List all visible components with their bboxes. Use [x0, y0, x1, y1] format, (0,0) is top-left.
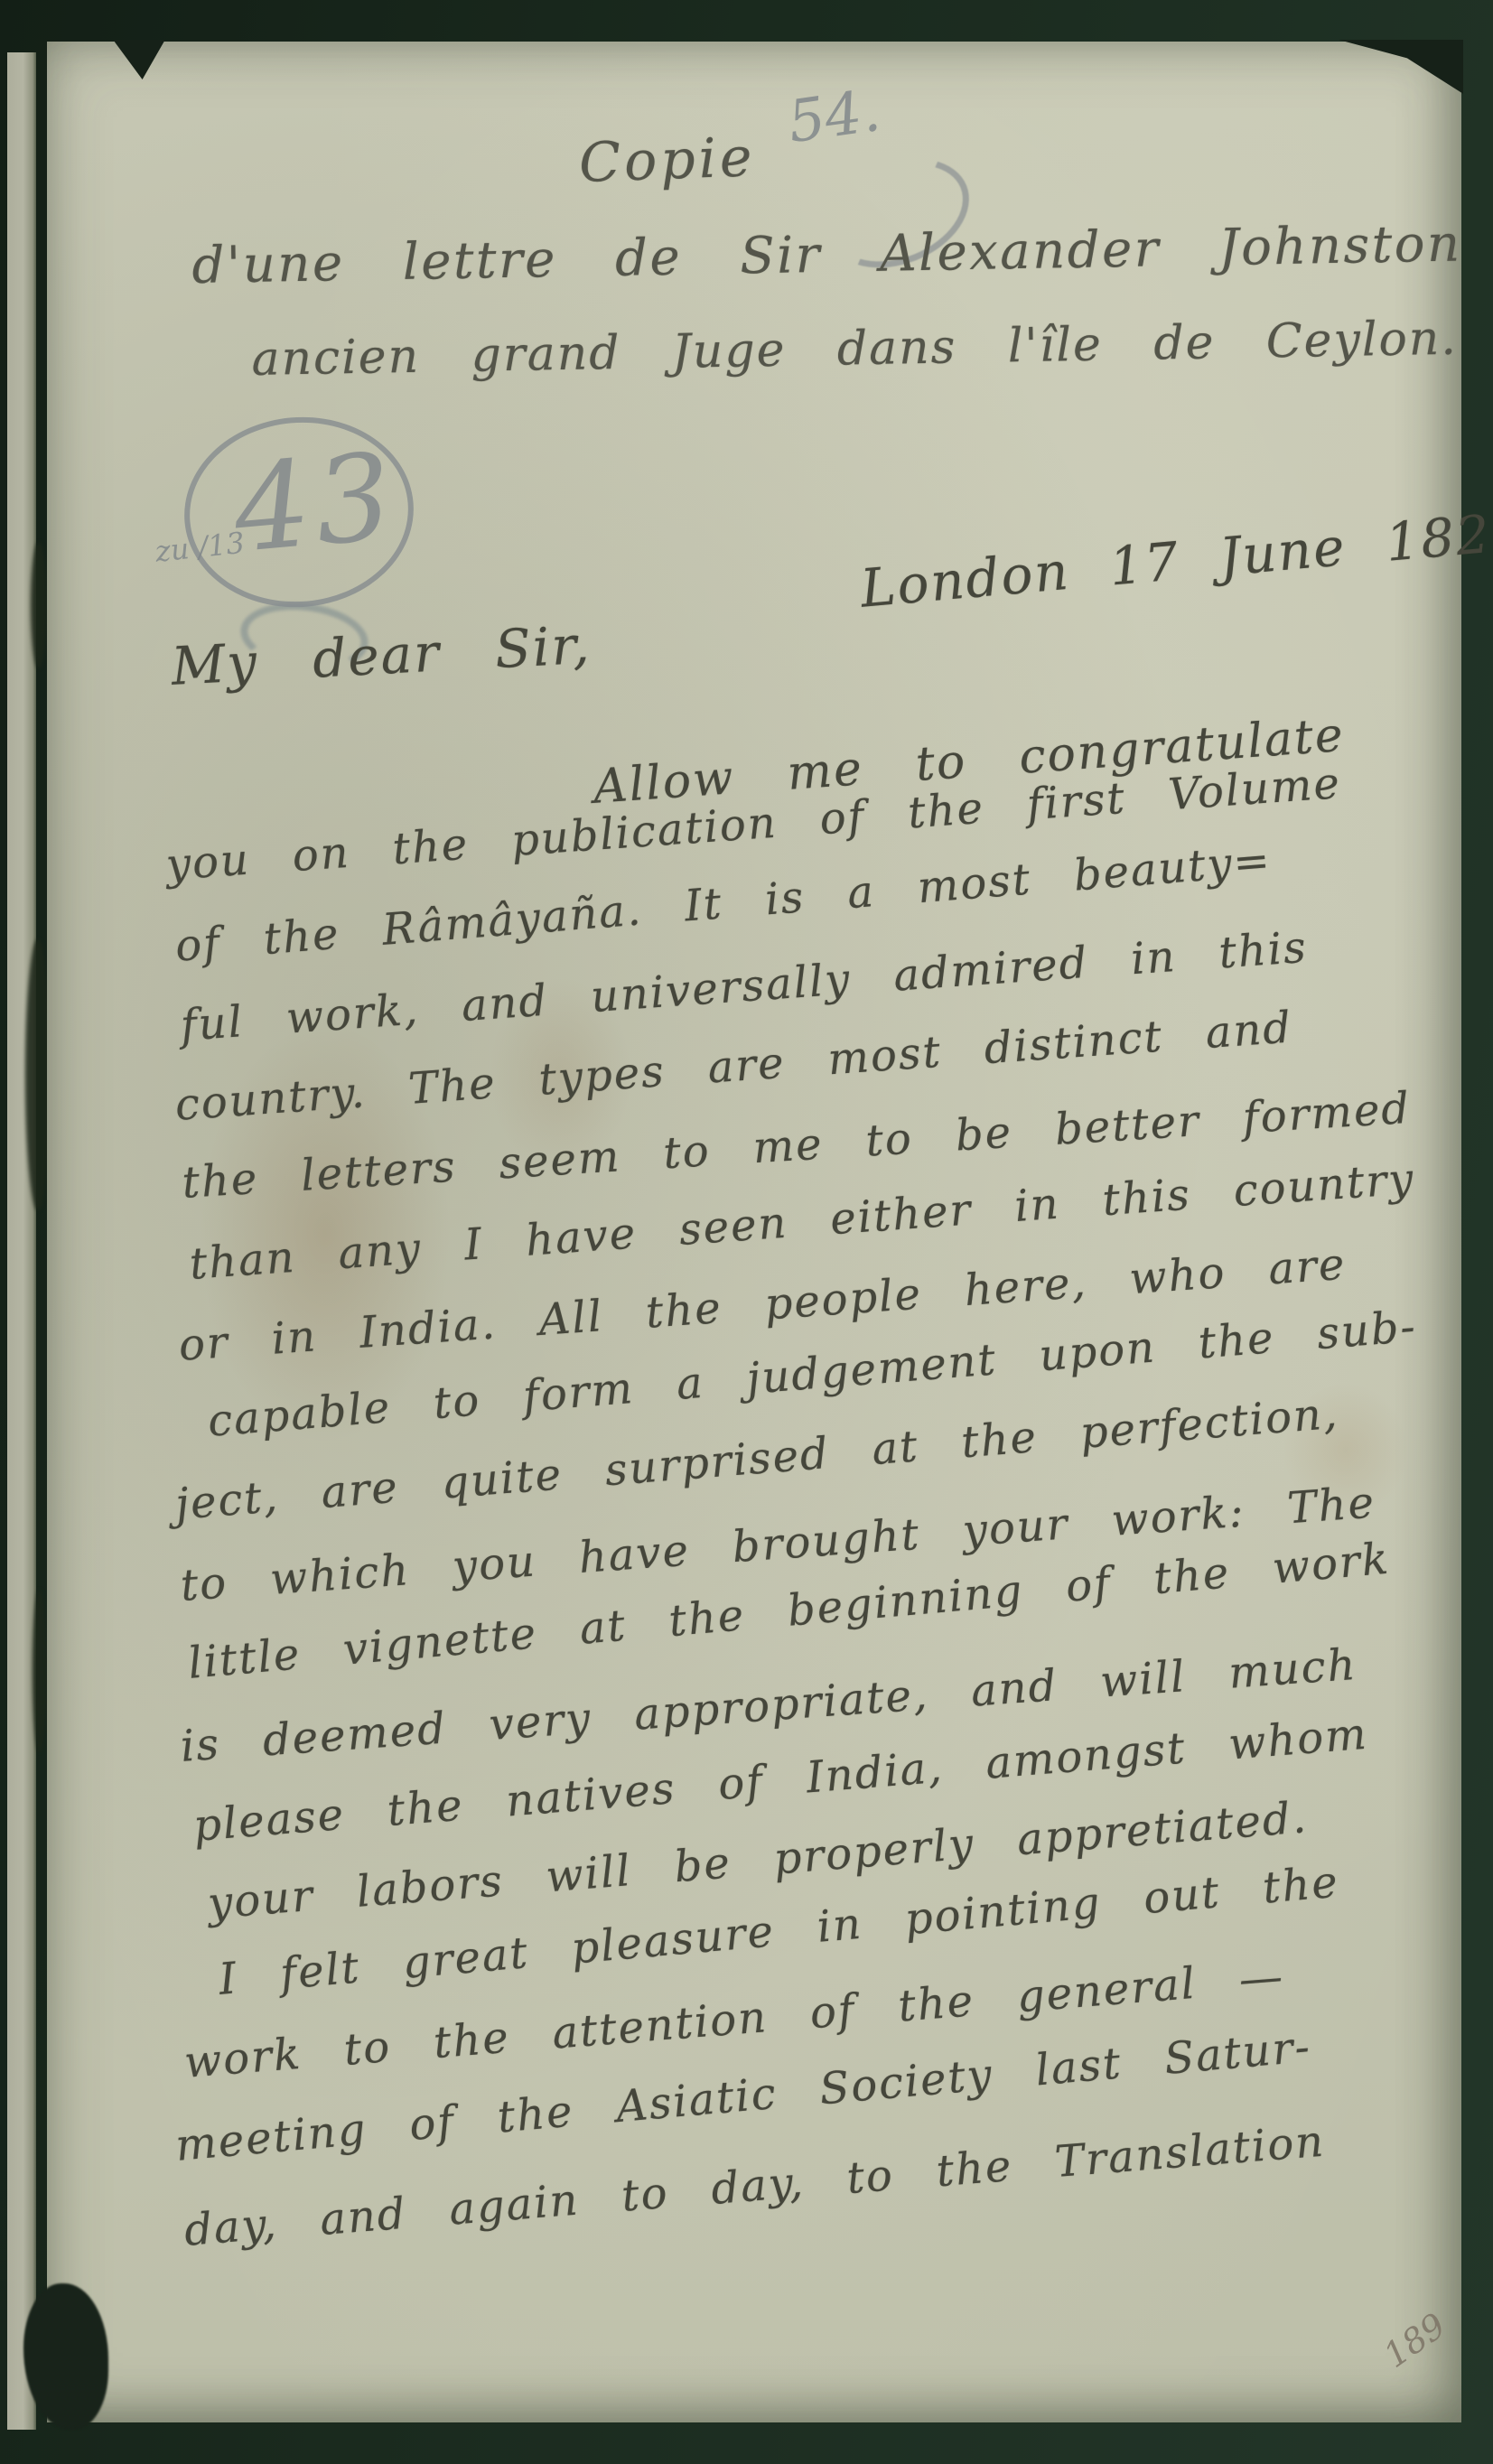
copy-label: Copie [578, 126, 756, 195]
binding-crack [33, 1590, 47, 1752]
pencil-folio-number: 54. [784, 78, 884, 156]
page-hole [23, 2283, 108, 2430]
binding-crack [31, 542, 47, 668]
neighbor-page-edge [7, 52, 36, 2430]
circled-number-value: 43 [229, 427, 403, 580]
letter-scan: 54. 43 zu /13 189 Copie d'une lettre de … [0, 0, 1493, 2464]
